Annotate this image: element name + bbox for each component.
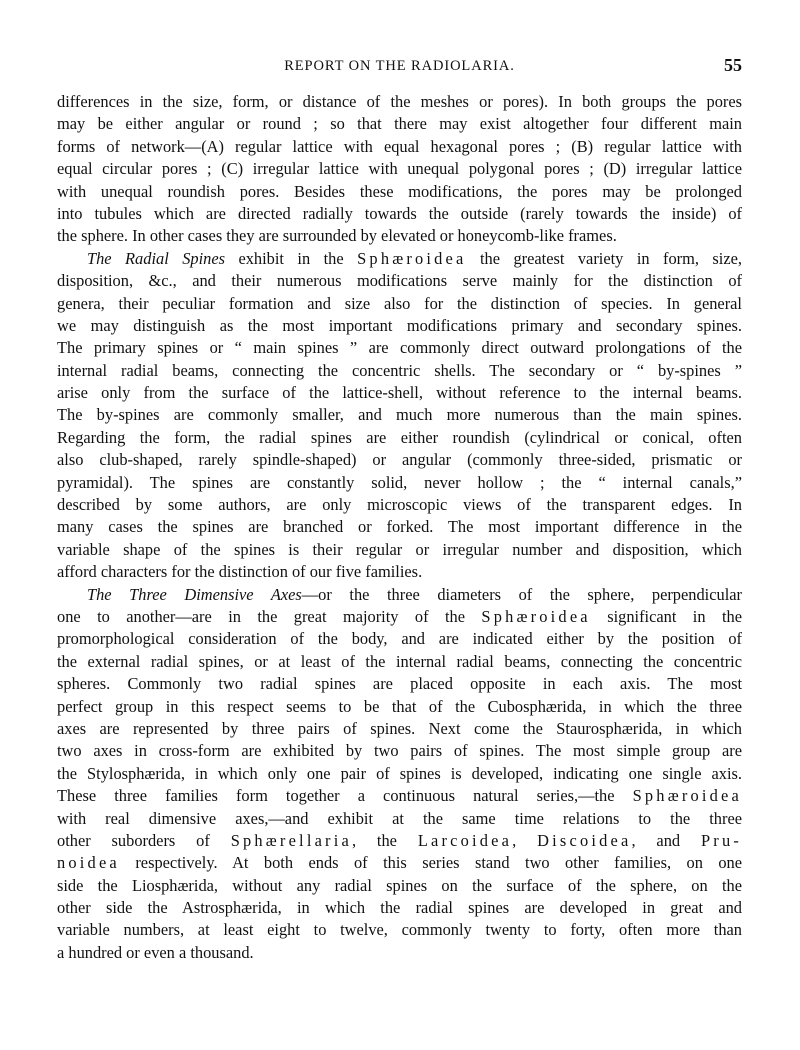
text-line: a hundred or even a thousand. xyxy=(57,942,742,964)
text-line: many cases the spines are branched or fo… xyxy=(57,516,742,538)
body-text: differences in the size, form, or distan… xyxy=(57,91,742,964)
section-heading: The Radial Spines xyxy=(87,249,225,268)
taxon-name: Sphæroidea xyxy=(357,249,466,268)
paragraph-pores: differences in the size, form, or distan… xyxy=(57,91,742,248)
text-line: variable numbers, at least eight to twel… xyxy=(57,919,742,941)
text-line: The by-spines are commonly smaller, and … xyxy=(57,404,742,426)
text-line: other side the Astrosphærida, in which t… xyxy=(57,897,742,919)
text-line: perfect group in this respect seems to b… xyxy=(57,696,742,718)
text-line: with unequal roundish pores. Besides the… xyxy=(57,181,742,203)
text-line: Regarding the form, the radial spines ar… xyxy=(57,427,742,449)
text-line: genera, their peculiar formation and siz… xyxy=(57,293,742,315)
text-line: we may distinguish as the most important… xyxy=(57,315,742,337)
text-line: The Radial Spines exhibit in the Sphæroi… xyxy=(57,248,742,270)
taxon-name: Sphæroidea xyxy=(633,786,742,805)
page-number: 55 xyxy=(724,55,742,76)
text-line: the sphere. In other cases they are surr… xyxy=(57,225,742,247)
text-line: The primary spines or “ main spines ” ar… xyxy=(57,337,742,359)
text-line: side the Liosphærida, without any radial… xyxy=(57,875,742,897)
text-line: axes are represented by three pairs of s… xyxy=(57,718,742,740)
text-line: the Stylosphærida, in which only one pai… xyxy=(57,763,742,785)
text-line: may be either angular or round ; so that… xyxy=(57,113,742,135)
taxon-name: Discoidea xyxy=(537,831,631,850)
text-line: afford characters for the distinction of… xyxy=(57,561,742,583)
running-title: REPORT ON THE RADIOLARIA. xyxy=(57,58,742,75)
taxon-name: Sphæroidea xyxy=(481,607,590,626)
text-line: one to another—are in the great majority… xyxy=(57,606,742,628)
taxon-name: Sphærellaria xyxy=(231,831,352,850)
section-heading: The Three Dimensive Axes xyxy=(87,585,302,604)
paragraph-dimensive-axes: The Three Dimensive Axes—or the three di… xyxy=(57,584,742,965)
text-line: differences in the size, form, or distan… xyxy=(57,91,742,113)
text-line: two axes in cross-form are exhibited by … xyxy=(57,740,742,762)
text-line: into tubules which are directed radially… xyxy=(57,203,742,225)
text-line: other suborders of Sphærellaria, the Lar… xyxy=(57,830,742,852)
text-line: the external radial spines, or at least … xyxy=(57,651,742,673)
taxon-name: Larcoidea xyxy=(418,831,512,850)
text-line: noidea respectively. At both ends of thi… xyxy=(57,852,742,874)
paragraph-radial-spines: The Radial Spines exhibit in the Sphæroi… xyxy=(57,248,742,584)
text-line: pyramidal). The spines are constantly so… xyxy=(57,472,742,494)
text-line: promorphological consideration of the bo… xyxy=(57,628,742,650)
text-line: spheres. Commonly two radial spines are … xyxy=(57,673,742,695)
running-header: REPORT ON THE RADIOLARIA. 55 xyxy=(57,56,742,78)
document-page: REPORT ON THE RADIOLARIA. 55 differences… xyxy=(0,0,800,1050)
taxon-name: noidea xyxy=(57,853,120,872)
text-line: with real dimensive axes,—and exhibit at… xyxy=(57,808,742,830)
taxon-name: Pru- xyxy=(701,831,742,850)
text-line: variable shape of the spines is their re… xyxy=(57,539,742,561)
text-line: The Three Dimensive Axes—or the three di… xyxy=(57,584,742,606)
text-line: internal radial beams, connecting the co… xyxy=(57,360,742,382)
text-line: disposition, &c., and their numerous mod… xyxy=(57,270,742,292)
text-line: forms of network—(A) regular lattice wit… xyxy=(57,136,742,158)
text-line: arise only from the surface of the latti… xyxy=(57,382,742,404)
text-line: also club-shaped, rarely spindle-shaped)… xyxy=(57,449,742,471)
text-line: equal circular pores ; (C) irregular lat… xyxy=(57,158,742,180)
text-line: described by some authors, are only micr… xyxy=(57,494,742,516)
text-line: These three families form together a con… xyxy=(57,785,742,807)
